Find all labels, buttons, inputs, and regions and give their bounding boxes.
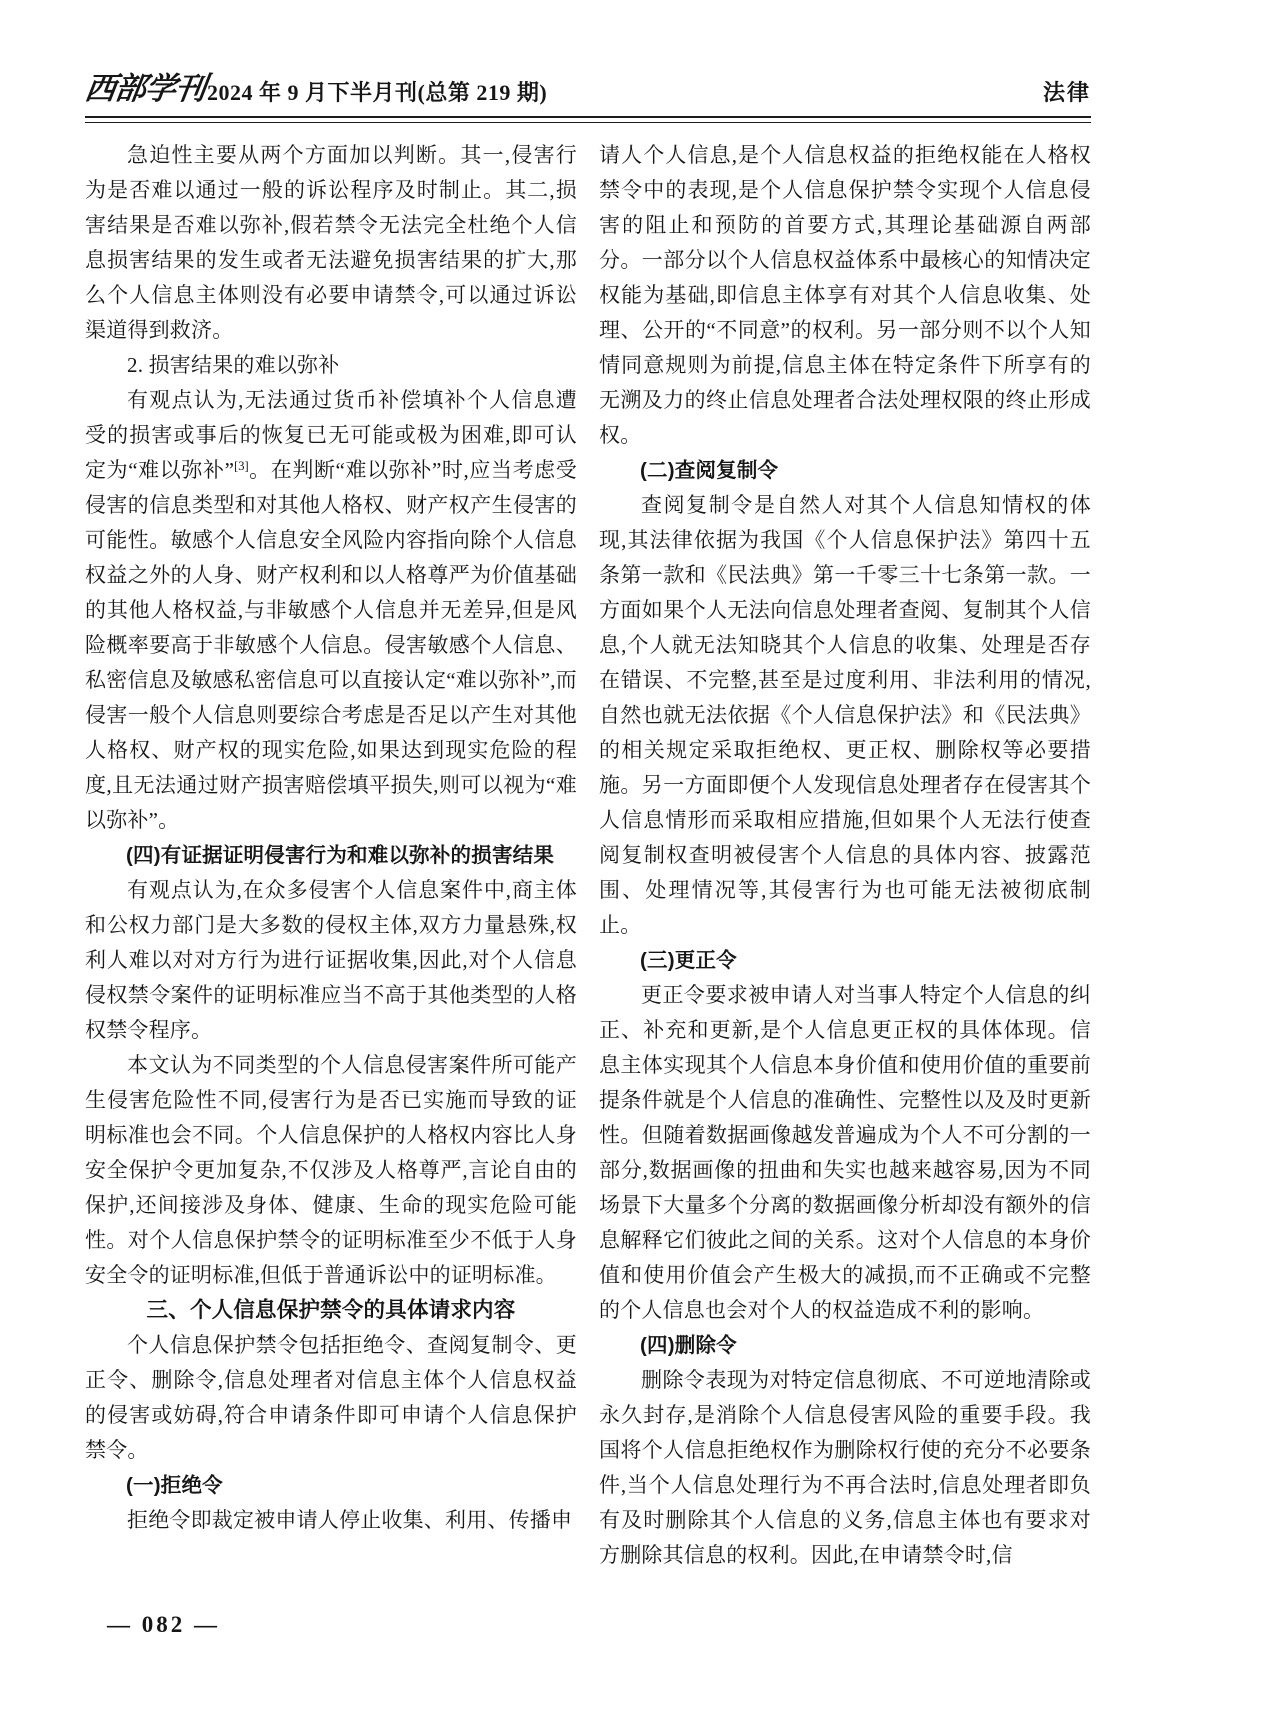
paragraph-injunction-types: 个人信息保护禁令包括拒绝令、查阅复制令、更正令、删除令,信息处理者对信息主体个人… (85, 1328, 577, 1468)
journal-logo: 西部学刊 (83, 74, 207, 105)
header-rule (85, 116, 1091, 123)
issue-info: 2024 年 9 月下半月刊(总第 219 期) (207, 81, 547, 105)
numbered-subheading-2: 2. 损害结果的难以弥补 (85, 348, 577, 383)
ref-text-after: 。在判断“难以弥补”时,应当考虑受侵害的信息类型和对其他人格权、财产权产生侵害的… (85, 458, 577, 832)
heading-4-evidence: (四)有证据证明侵害行为和难以弥补的损害结果 (85, 838, 577, 873)
heading-4-deletion-order: (四)删除令 (599, 1328, 1091, 1363)
page-footer: — 082 — (107, 1612, 220, 1638)
paragraph-refusal-order-start: 拒绝令即裁定被申请人停止收集、利用、传播申 (85, 1503, 577, 1538)
right-column: 请人个人信息,是个人信息权益的拒绝权能在人格权禁令中的表现,是个人信息保护禁令实… (599, 138, 1091, 1573)
journal-page: 西部学刊 2024 年 9 月下半月刊(总第 219 期) 法律 急迫性主要从两… (0, 0, 1268, 1721)
paragraph-case-types: 本文认为不同类型的个人信息侵害案件所可能产生侵害危险性不同,侵害行为是否已实施而… (85, 1048, 577, 1293)
paragraph-irreparable-harm: 有观点认为,无法通过货币补偿填补个人信息遭受的损害或事后的恢复已无可能或极为困难… (85, 383, 577, 838)
paragraph-deletion-order: 删除令表现为对特定信息彻底、不可逆地清除或永久封存,是消除个人信息侵害风险的重要… (599, 1363, 1091, 1573)
paragraph-access-copy-order: 查阅复制令是自然人对其个人信息知情权的体现,其法律依据为我国《个人信息保护法》第… (599, 488, 1091, 943)
heading-2-access-copy-order: (二)查阅复制令 (599, 453, 1091, 488)
page-header: 西部学刊 2024 年 9 月下半月刊(总第 219 期) 法律 (85, 74, 1091, 105)
page-number: — 082 — (107, 1612, 220, 1637)
article-body: 急迫性主要从两个方面加以判断。其一,侵害行为是否难以通过一般的诉讼程序及时制止。… (85, 138, 1091, 1573)
section-heading-3: 三、个人信息保护禁令的具体请求内容 (85, 1293, 577, 1328)
left-column: 急迫性主要从两个方面加以判断。其一,侵害行为是否难以通过一般的诉讼程序及时制止。… (85, 138, 577, 1573)
heading-3-correction-order: (三)更正令 (599, 943, 1091, 978)
section-label: 法律 (1043, 81, 1091, 105)
heading-1-refusal-order: (一)拒绝令 (85, 1468, 577, 1503)
paragraph-correction-order: 更正令要求被申请人对当事人特定个人信息的纠正、补充和更新,是个人信息更正权的具体… (599, 978, 1091, 1328)
paragraph-refusal-order-continued: 请人个人信息,是个人信息权益的拒绝权能在人格权禁令中的表现,是个人信息保护禁令实… (599, 138, 1091, 453)
journal-masthead: 西部学刊 2024 年 9 月下半月刊(总第 219 期) (85, 74, 547, 105)
paragraph-urgency: 急迫性主要从两个方面加以判断。其一,侵害行为是否难以通过一般的诉讼程序及时制止。… (85, 138, 577, 348)
footnote-ref-3: [3] (234, 459, 249, 473)
paragraph-proof-standard: 有观点认为,在众多侵害个人信息案件中,商主体和公权力部门是大多数的侵权主体,双方… (85, 873, 577, 1048)
